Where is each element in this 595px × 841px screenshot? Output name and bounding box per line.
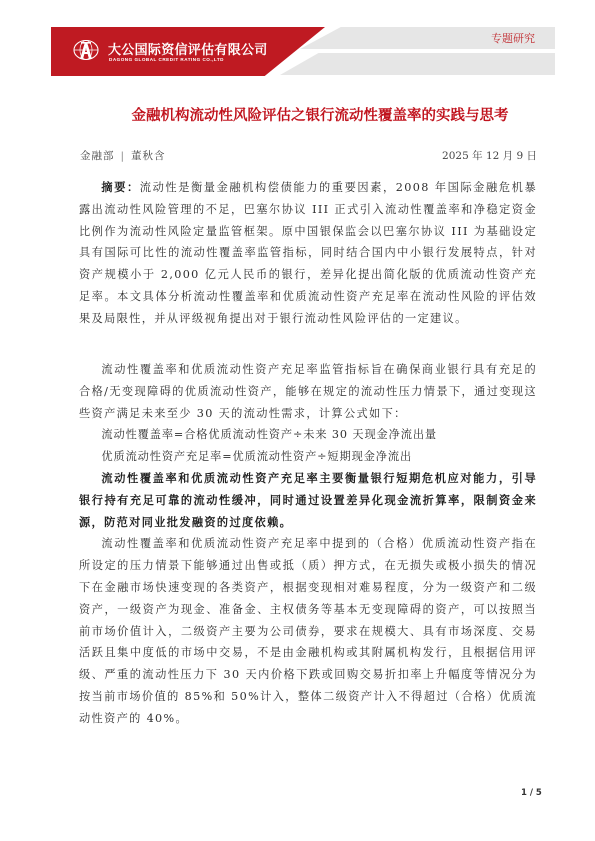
- abstract-label: 摘要：: [101, 180, 139, 194]
- formula-hqla-ratio: 优质流动性资产充足率=优质流动性资产÷短期现金净流出: [79, 446, 537, 468]
- body-paragraph: 流动性覆盖率和优质流动性资产充足率监管指标旨在确保商业银行具有充足的合格/无变现…: [79, 359, 537, 424]
- abstract-text: 流动性是衡量金融机构偿债能力的重要因素，2008 年国际金融危机暴露出流动性风险…: [79, 181, 537, 325]
- formula-lcr: 流动性覆盖率=合格优质流动性资产÷未来 30 天现金净流出量: [79, 424, 537, 446]
- publish-date: 2025 年 12 月 9 日: [442, 148, 537, 163]
- header-gray-band-bottom: [280, 53, 555, 75]
- body-paragraph-emphasis: 流动性覆盖率和优质流动性资产充足率主要衡量银行短期危机应对能力，引导银行持有充足…: [79, 468, 537, 533]
- byline: 金融部|董秋含: [80, 148, 166, 163]
- section-tag: 专题研究: [491, 30, 535, 46]
- author: 董秋含: [131, 150, 166, 162]
- body-section: 流动性覆盖率和优质流动性资产充足率监管指标旨在确保商业银行具有充足的合格/无变现…: [79, 359, 537, 730]
- company-name-cn: 大公国际资信评估有限公司: [108, 39, 268, 58]
- department: 金融部: [80, 150, 115, 162]
- company-name-en: DAGONG GLOBAL CREDIT RATING CO.,LTD: [109, 57, 224, 62]
- page-header: 大公国际资信评估有限公司 DAGONG GLOBAL CREDIT RATING…: [0, 0, 595, 80]
- document-title: 金融机构流动性风险评估之银行流动性覆盖率的实践与思考: [0, 104, 595, 125]
- abstract-section: 摘要：流动性是衡量金融机构偿债能力的重要因素，2008 年国际金融危机暴露出流动…: [79, 177, 537, 330]
- abstract-paragraph: 摘要：流动性是衡量金融机构偿债能力的重要因素，2008 年国际金融危机暴露出流动…: [79, 177, 537, 330]
- byline-separator: |: [121, 150, 126, 162]
- page-number: 1 / 5: [521, 788, 542, 798]
- body-paragraph: 流动性覆盖率和优质流动性资产充足率中提到的（合格）优质流动性资产指在所设定的压力…: [79, 533, 537, 729]
- dagong-logo-icon: [73, 39, 99, 61]
